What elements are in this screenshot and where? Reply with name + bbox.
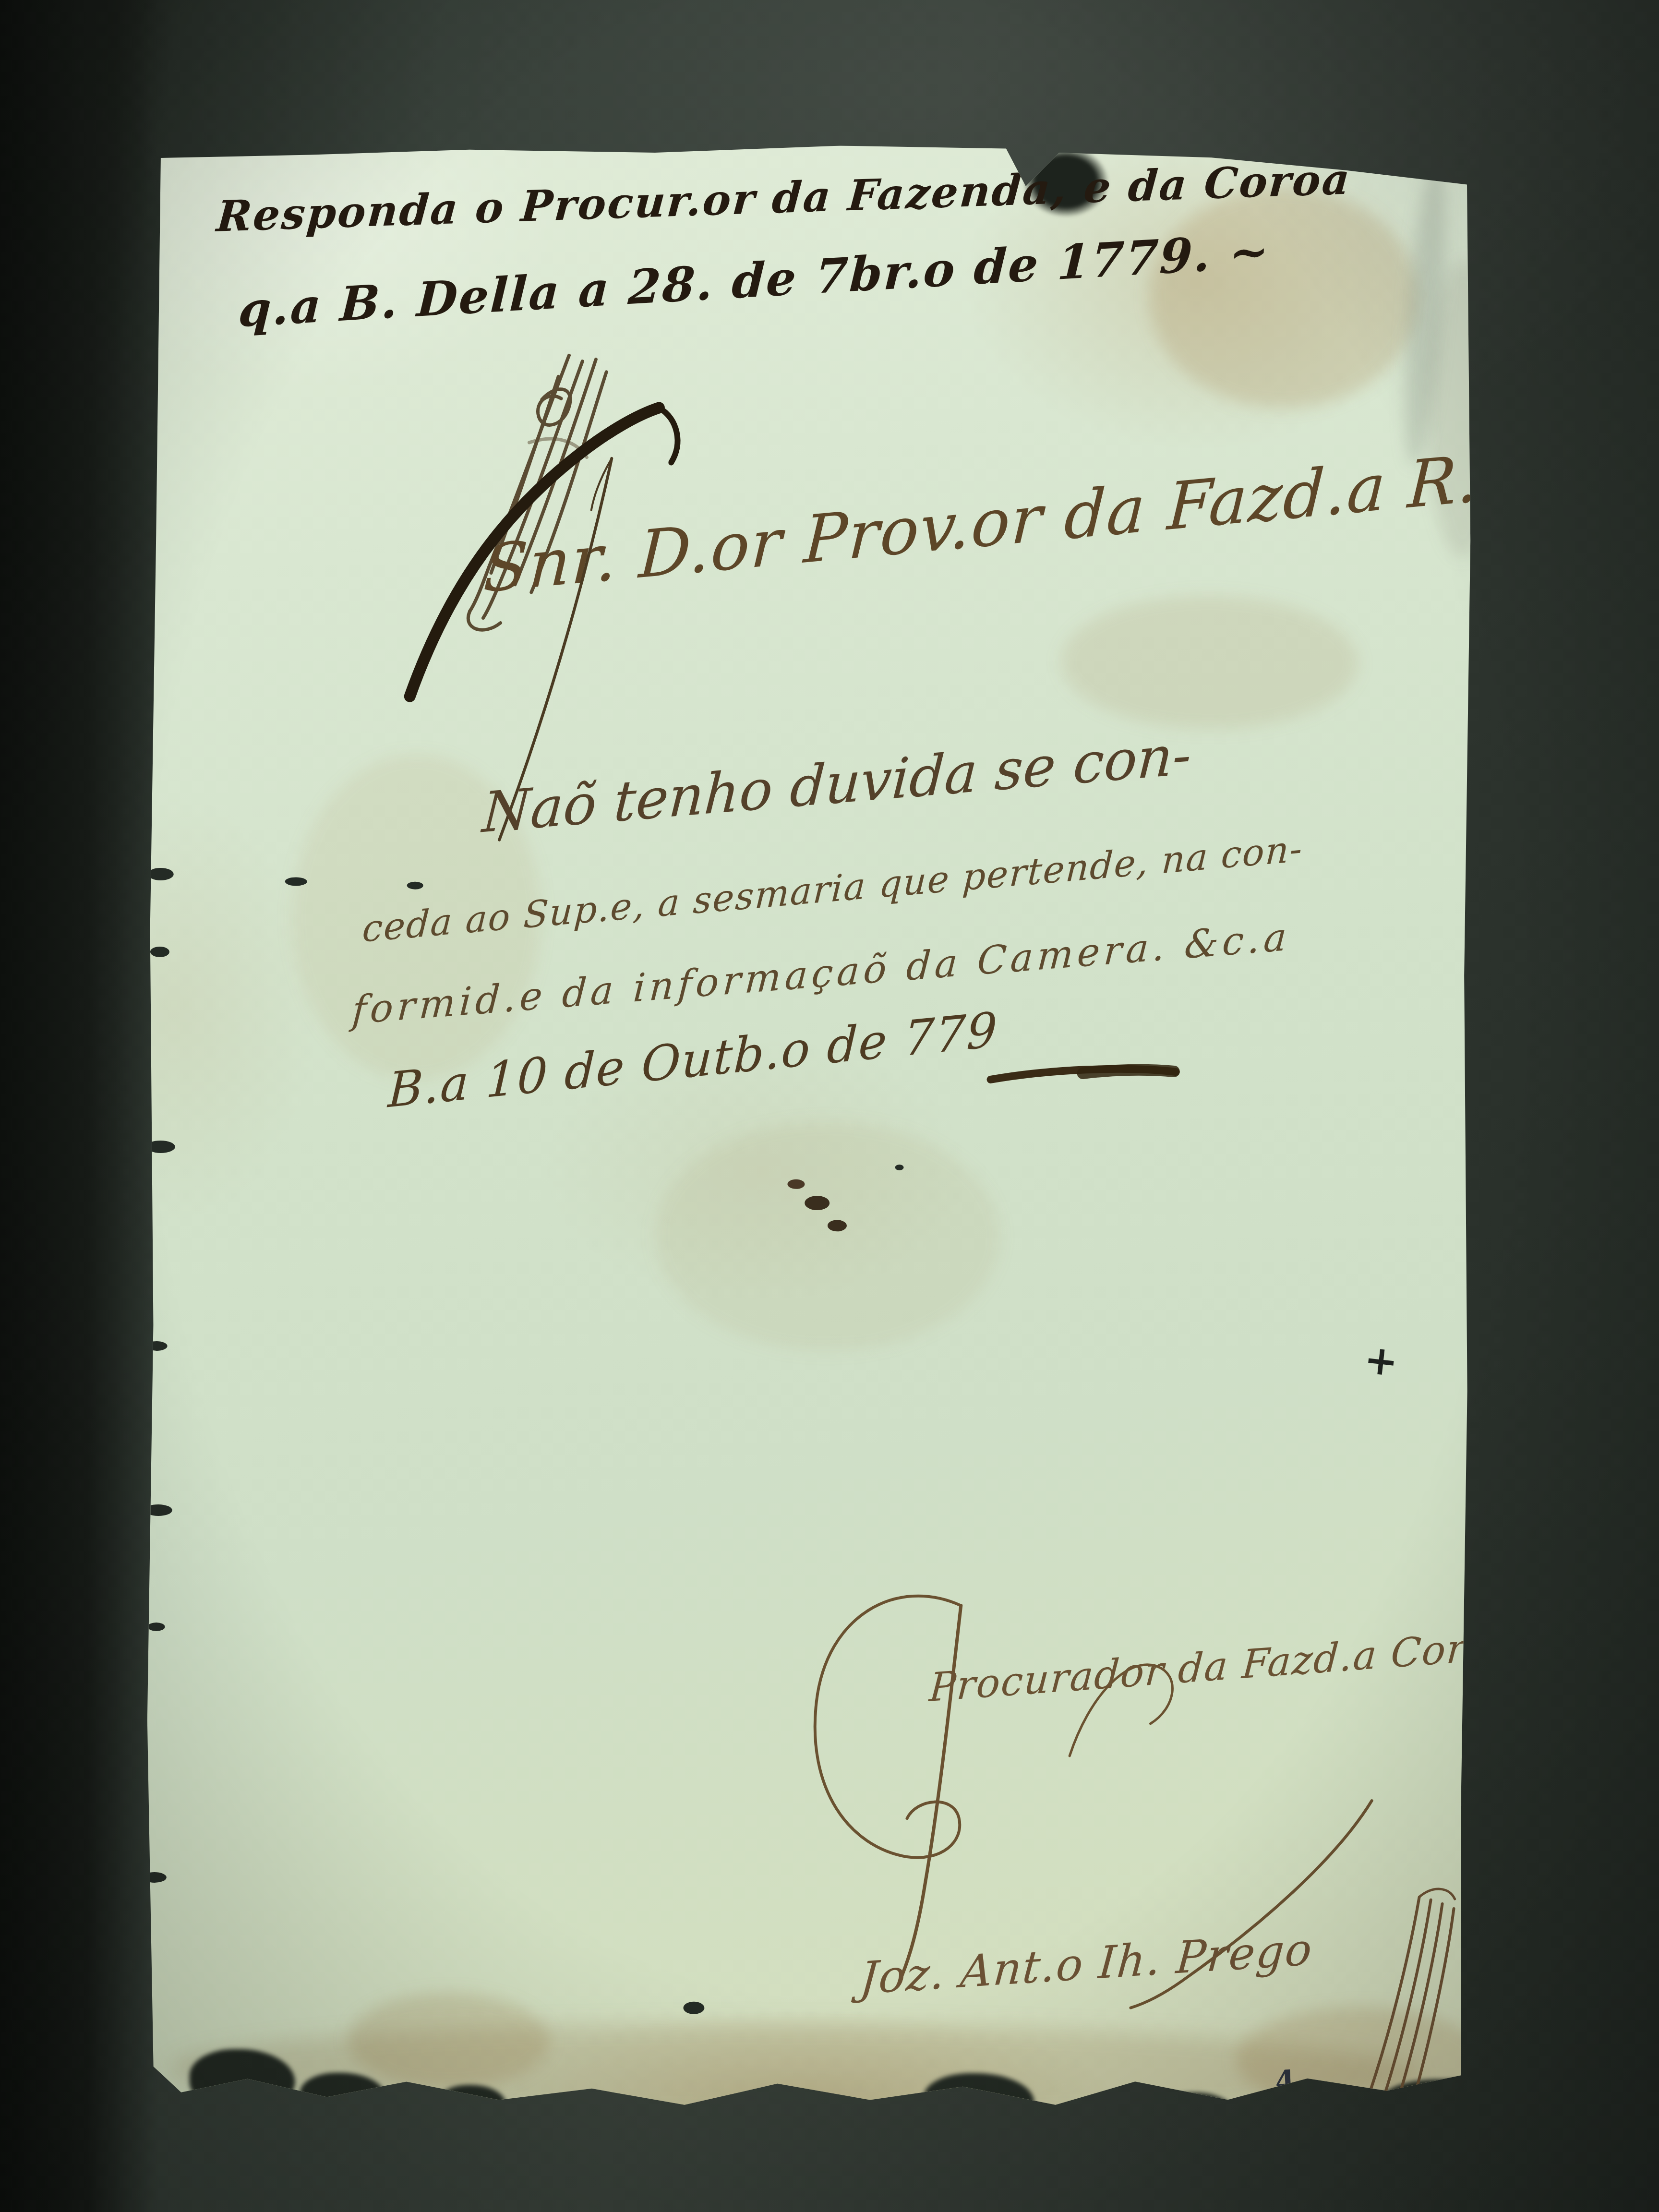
ink-speck: [895, 1165, 904, 1170]
edge-speck: [150, 947, 169, 957]
stain-bottom-left: [348, 1992, 550, 2089]
stain-heading-right: [1060, 594, 1358, 730]
edge-speck: [148, 1623, 165, 1631]
ink-speck-cluster: [805, 1196, 829, 1210]
folio-number: 4: [1274, 2064, 1296, 2099]
manuscript-page: Responda o Procur.or da Fazenda, e da Co…: [141, 138, 1477, 2123]
marginalia-line-2: q.a B. Della a 28. de 7br.o de 1779. ~: [237, 223, 1272, 338]
signature-paraph: [1149, 1881, 1487, 2152]
ink-speck: [407, 882, 423, 890]
stain-center: [654, 1120, 1001, 1352]
ink-spot-bottom: [683, 2002, 704, 2014]
edge-speck: [148, 868, 174, 880]
cross-mark: +: [1362, 1335, 1401, 1386]
ink-speck-cluster: [787, 1179, 805, 1189]
folio-number-strike: [1252, 2097, 1339, 2105]
backdrop-cloth-fold: [0, 0, 158, 2212]
ink-speck-cluster: [828, 1220, 847, 1231]
date-flourish-dash: [982, 1055, 1183, 1099]
torn-edge-spot: [1375, 2079, 1519, 2147]
photo-stage: Responda o Procur.or da Fazenda, e da Co…: [0, 0, 1659, 2212]
stain-top-right: [1149, 187, 1419, 409]
ink-speck: [285, 877, 307, 886]
